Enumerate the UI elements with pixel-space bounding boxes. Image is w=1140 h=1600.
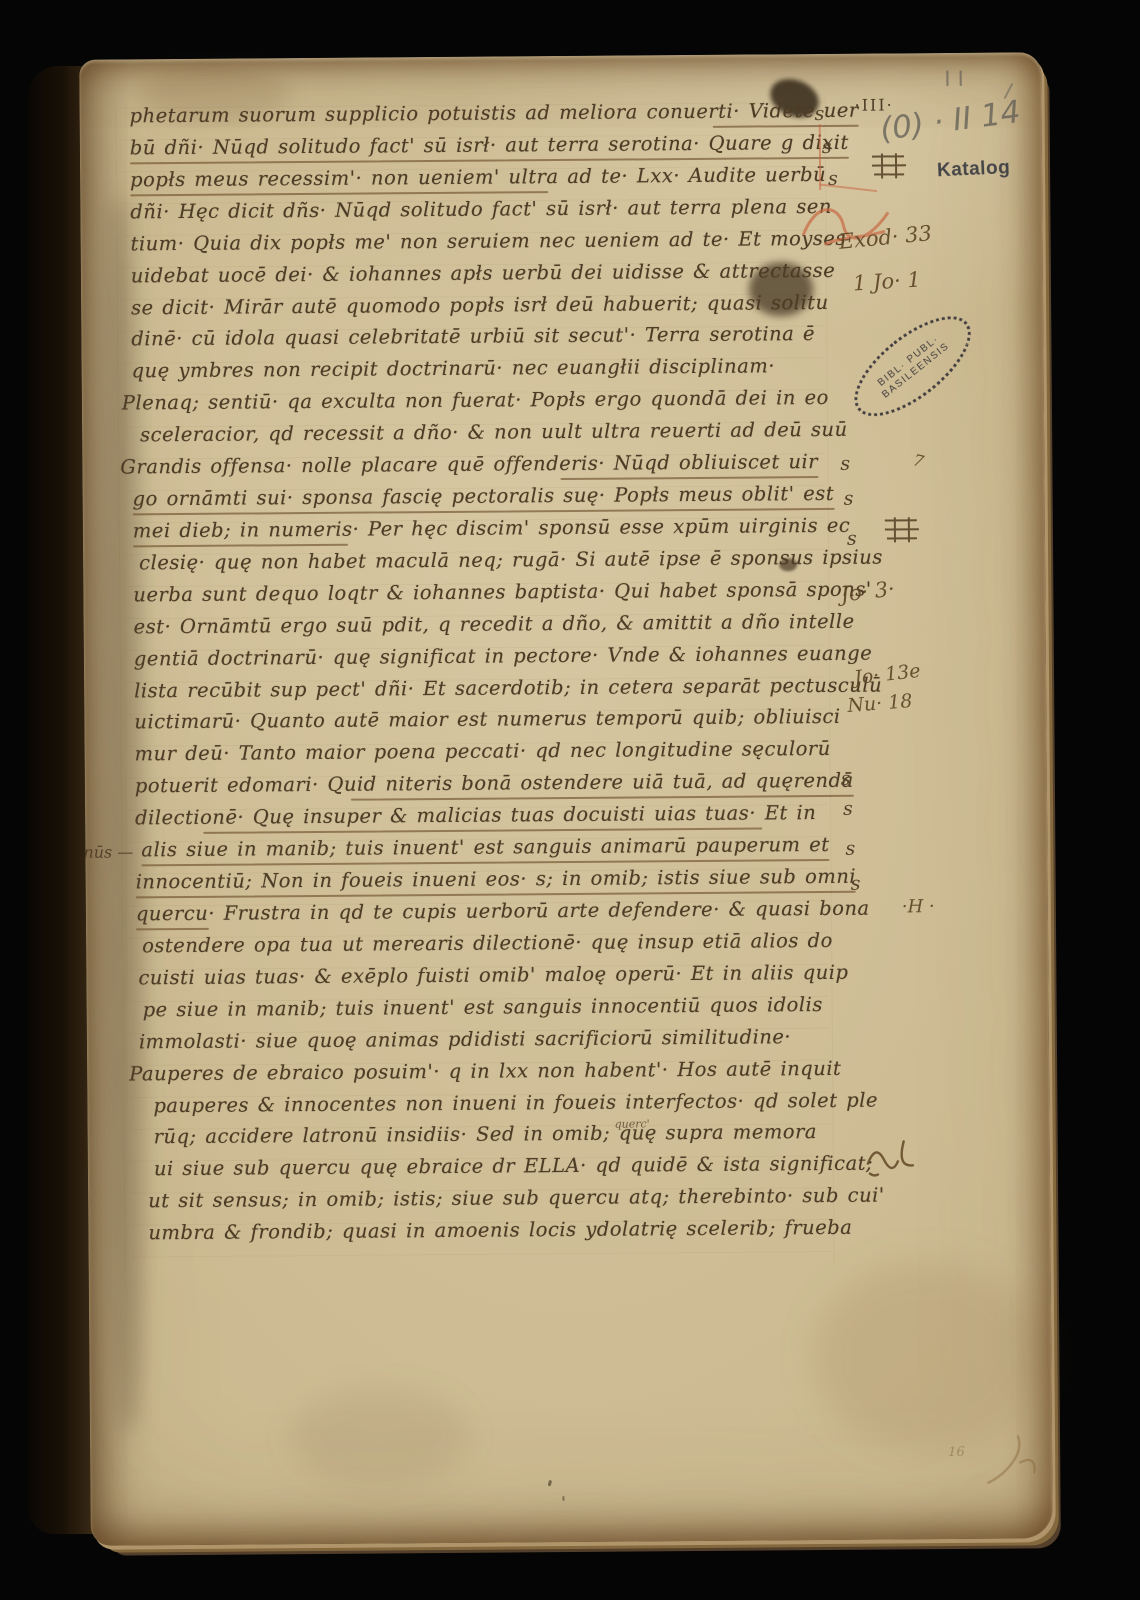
manuscript-text-line: se dicit· Mirār autē quomodo popłs isrł … <box>131 290 829 318</box>
marginal-reference: 1 Jo· 1 <box>852 267 921 295</box>
manuscript-text-line: est· Ornāmtū ergo suū pdit, q recedit a … <box>134 609 855 638</box>
lemma-underline <box>351 795 854 801</box>
parchment-stain <box>290 1387 471 1488</box>
text-block: phetarum suorum supplicio potuistis ad m… <box>130 99 815 1269</box>
nota-s-mark: s <box>840 453 850 475</box>
marginal-reference: 7 <box>911 450 925 471</box>
manuscript-text-line: uerba sunt dequo loqtr & iohannes baptis… <box>133 577 871 606</box>
manuscript-text-line: cuisti uias tuas· & exēplo fuisti omib' … <box>138 961 848 990</box>
nota-s-mark: s <box>828 168 838 190</box>
nota-monogram-icon <box>884 517 920 542</box>
manuscript-text-line: bū dñi· Nūqd solitudo fact' sū isrł· aut… <box>130 131 849 160</box>
manuscript-text-line: Plenaq; sentiū· qa exculta non fuerat· P… <box>122 386 829 415</box>
manuscript-text-line: mur deū· Tanto maior poena peccati· qd n… <box>135 737 831 765</box>
manuscript-text-line: pauperes & innocentes non inueni in foue… <box>153 1088 878 1117</box>
manuscript-text-line: clesię· quę non habet maculā neq; rugā· … <box>139 545 883 574</box>
manuscript-text-line: dilectionē· Quę insuper & malicias tuas … <box>135 801 816 829</box>
lemma-underline <box>130 191 548 196</box>
manuscript-text-line: potuerit edomari· Quid niteris bonā oste… <box>135 769 854 798</box>
photo-backdrop: phetarum suorum supplicio potuistis ad m… <box>0 0 1140 1600</box>
nota-monogram-icon <box>871 153 907 178</box>
shelfmark-pencil: (0) · II 14 <box>878 94 1023 148</box>
manuscript-text-line: quercu· Frustra in qd te cupis uerborū a… <box>136 897 870 926</box>
marginal-reference: Nu· 18 <box>847 690 914 717</box>
manuscript-text-line: uictimarū· Quanto autē maior est numerus… <box>134 705 840 734</box>
manuscript-text-line: rūq; accidere latronū insidiis· Sed in o… <box>154 1120 818 1148</box>
marginal-reference: ·H · <box>902 896 935 917</box>
nota-s-mark: s <box>841 768 851 790</box>
faint-flourish-mark <box>978 1430 1043 1495</box>
manuscript-text-line: dñi· Hęc dicit dñs· Nūqd solitudo fact' … <box>130 195 832 224</box>
manuscript-text-line: tium· Quia dix popłs me' non seruiem nec… <box>131 226 846 255</box>
nota-s-mark: s <box>843 798 853 820</box>
manuscript-text-line: ut sit sensus; in omib; istis; siue sub … <box>148 1184 885 1213</box>
manuscript-text-line: innocentiū; Non in foueis inueni eos· s;… <box>136 865 857 894</box>
interlinear-gloss: querc' <box>615 1117 650 1130</box>
manuscript-text-line: go ornāmti sui· sponsa fascię pectoralis… <box>133 482 835 511</box>
ink-squiggle-mark <box>860 1131 930 1182</box>
manuscript-text-line: Grandis offensa· nolle placare quē offen… <box>120 450 818 478</box>
manuscript-text-line: phetarum suorum supplicio potuistis ad m… <box>130 99 859 128</box>
manuscript-text-line: Pauperes de ebraico posuim'· q in lxx no… <box>129 1056 841 1085</box>
marginal-reference: 16 <box>948 1445 965 1460</box>
manuscript-text-line: mei dieb; in numeris· Per hęc discim' sp… <box>133 514 851 543</box>
library-stamp: BIBL· PUBL· BASILEENSIS <box>839 298 987 434</box>
katalog-stamp: Katalog <box>937 157 1011 182</box>
manuscript-text-line: ui siue sub quercu quę ebraice dr ELLA· … <box>154 1152 873 1181</box>
parchment-stain <box>813 1260 1044 1452</box>
ink-speck <box>562 1496 564 1501</box>
nota-s-mark: s <box>815 103 825 125</box>
manuscript-text-line: alis siue in manib; tuis inuent' est san… <box>141 833 829 861</box>
manuscript-text-line: quę ymbres non recipit doctrinarū· nec e… <box>132 355 776 383</box>
manuscript-text-line: ostendere opa tua ut merearis dilectionē… <box>142 929 833 957</box>
ink-speck <box>548 1480 552 1487</box>
lemma-underline <box>203 828 761 834</box>
manuscript-text-line: uidebat uocē dei· & iohannes apłs uerbū … <box>131 258 836 287</box>
manuscript-text-line: sceleracior, qd recessit a dño· & non uu… <box>140 418 848 447</box>
manuscript-page: phetarum suorum supplicio potuistis ad m… <box>79 52 1053 1546</box>
manuscript-text-line: umbra & frondib; quasi in amoenis locis … <box>148 1216 852 1245</box>
manuscript-text-line: pe siue in manib; tuis inuent' est sangu… <box>143 993 823 1021</box>
nota-s-mark: s <box>847 528 857 550</box>
manuscript-text-line: lista recūbit sup pect' dñi· Et sacerdot… <box>134 673 882 702</box>
nota-s-mark: s <box>845 838 855 860</box>
nota-s-mark: s <box>822 136 832 158</box>
manuscript-text-line: immolasti· siue quoę animas pdidisti sac… <box>139 1025 791 1053</box>
marginal-reference: Jo· 3· <box>839 577 896 607</box>
manuscript-text-line: gentiā doctrinarū· quę significat in pec… <box>134 641 873 670</box>
lemma-underline <box>560 476 818 480</box>
quire-mark: ·III· <box>854 95 893 114</box>
lemma-underline <box>133 544 348 547</box>
manuscript-text-line: popłs meus recessim'· non ueniem' ultra … <box>130 163 826 191</box>
marginal-correction: nūs — <box>83 842 133 861</box>
lemma-underline <box>713 125 859 128</box>
lemma-underline <box>136 928 209 930</box>
nota-s-mark: s <box>851 873 861 895</box>
folio-number-pencil: II <box>944 67 971 91</box>
manuscript-text-line: dinē· cū idola quasi celebritatē urbiū s… <box>131 322 815 350</box>
nota-s-mark: s <box>844 488 854 510</box>
